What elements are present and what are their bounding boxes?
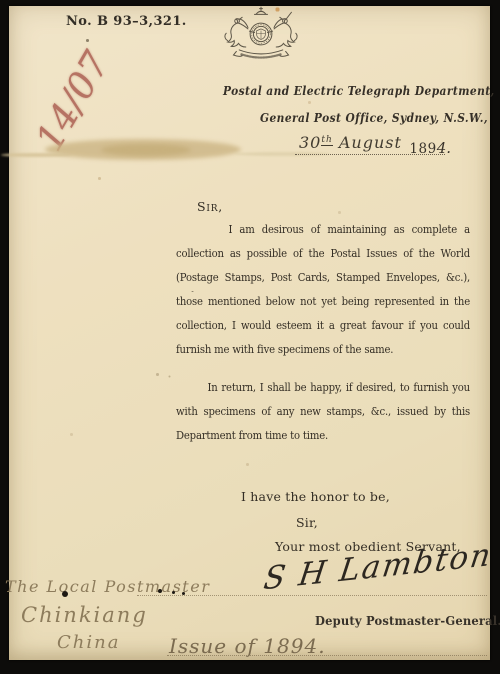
date-day: 30 xyxy=(299,133,321,152)
body-line: I am desirous of maintaining as complete… xyxy=(176,220,470,244)
date-year: 1894. xyxy=(409,138,451,157)
paper-specks xyxy=(9,6,10,7)
letterhead-office: General Post Office, Sydney, N.S.W., xyxy=(260,110,488,125)
closing-honor-line: I have the honor to be, xyxy=(241,489,390,504)
signatory-title: Deputy Postmaster-General. xyxy=(315,613,500,628)
recipient-address-line-1: The Local Postmaster xyxy=(5,577,210,596)
recipient-address-line-2: Chinkiang xyxy=(21,603,148,627)
letter-paper: No. B 93–3,321. xyxy=(9,6,490,660)
issue-note-handwritten: Issue of 1894. xyxy=(169,634,326,658)
body-line: with specimens of any new stamps, &c., i… xyxy=(176,402,470,426)
date-line: 30th August 1894. xyxy=(295,130,445,155)
body-line: (Postage Stamps, Post Cards, Stamped Env… xyxy=(176,268,470,292)
ink-blot xyxy=(182,592,185,595)
body-line: furnish me with five specimens of the sa… xyxy=(176,340,470,364)
date-handwritten: 30th August xyxy=(299,133,402,152)
closing-sir-line: Sir, xyxy=(296,515,318,530)
body-paragraph-2: In return, I shall be happy, if desired,… xyxy=(176,378,470,450)
ink-blot xyxy=(172,591,175,594)
body-line: those mentioned below not yet being repr… xyxy=(176,292,470,316)
date-year-handwritten: 4. xyxy=(437,139,451,157)
date-month: August xyxy=(339,133,402,152)
body-line: collection as possible of the Postal Iss… xyxy=(176,244,470,268)
letterhead-department: Postal and Electric Telegraph Department… xyxy=(223,83,495,98)
body-line: Department from time to time. xyxy=(176,426,470,450)
scanned-letter-page: No. B 93–3,321. xyxy=(0,0,500,674)
water-stain xyxy=(1,153,71,157)
reference-number: No. B 93–3,321. xyxy=(66,14,187,29)
royal-coat-of-arms-icon xyxy=(217,5,305,63)
date-day-suffix: th xyxy=(321,135,332,146)
water-stain xyxy=(101,144,191,156)
ink-blot xyxy=(158,589,162,593)
recipient-address-line-3: China xyxy=(57,632,120,653)
red-crayon-notation-wrapper: 14/07 xyxy=(23,86,115,126)
signature-wrapper: S H Lambton xyxy=(264,561,474,611)
body-paragraph-1: I am desirous of maintaining as complete… xyxy=(176,220,470,364)
body-line: In return, I shall be happy, if desired,… xyxy=(176,378,470,402)
salutation: Sir, xyxy=(197,199,223,214)
body-line: collection, I would esteem it a great fa… xyxy=(176,316,470,340)
ink-blot xyxy=(62,591,68,597)
date-year-printed: 189 xyxy=(409,141,436,157)
